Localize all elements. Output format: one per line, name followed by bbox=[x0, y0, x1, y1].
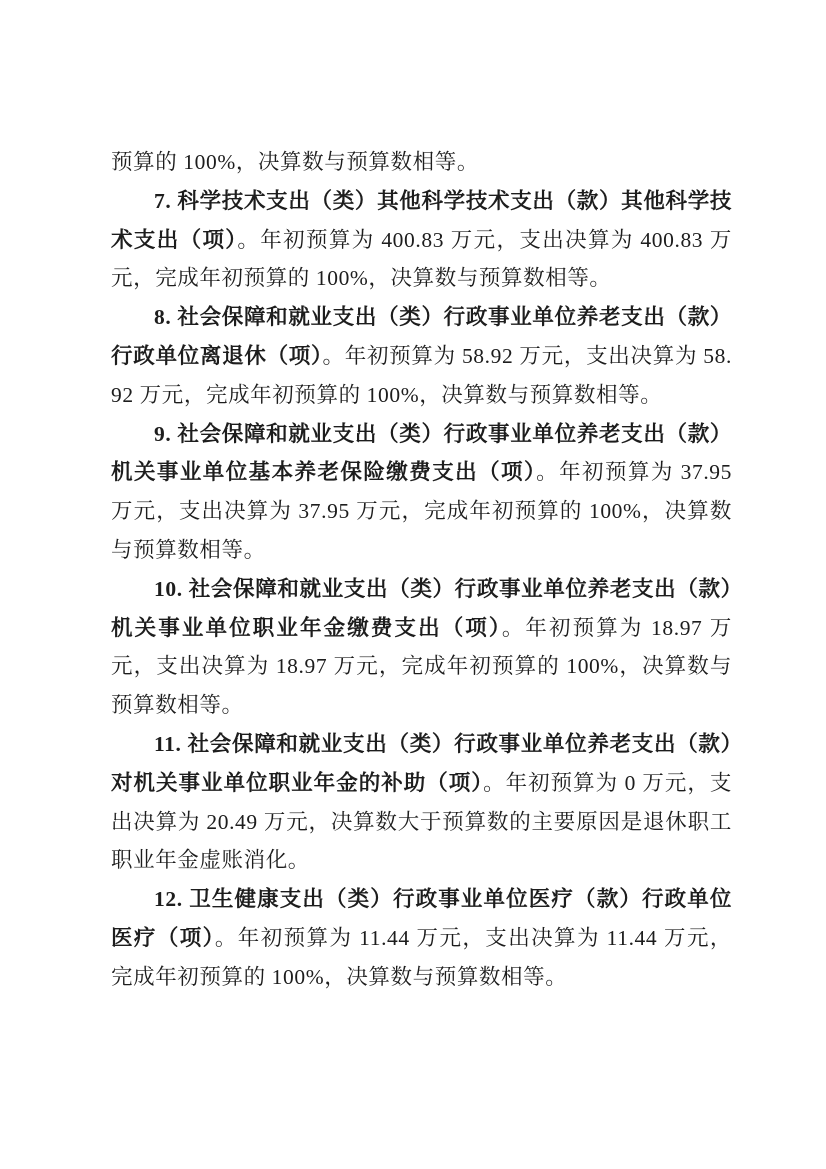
text-block: 预算的 100%，决算数与预算数相等。 7. 科学技术支出（类）其他科学技术支出… bbox=[111, 143, 732, 997]
paragraph-9: 9. 社会保障和就业支出（类）行政事业单位养老支出（款）机关事业单位基本养老保险… bbox=[111, 415, 732, 570]
paragraph-7: 7. 科学技术支出（类）其他科学技术支出（款）其他科学技术支出（项）。年初预算为… bbox=[111, 182, 732, 298]
continuation-line: 预算的 100%，决算数与预算数相等。 bbox=[111, 143, 732, 182]
document-page: 预算的 100%，决算数与预算数相等。 7. 科学技术支出（类）其他科学技术支出… bbox=[0, 0, 826, 1169]
paragraph-10: 10. 社会保障和就业支出（类）行政事业单位养老支出（款）机关事业单位职业年金缴… bbox=[111, 570, 732, 725]
paragraph-12: 12. 卫生健康支出（类）行政事业单位医疗（款）行政单位医疗（项）。年初预算为 … bbox=[111, 880, 732, 996]
paragraph-8: 8. 社会保障和就业支出（类）行政事业单位养老支出（款）行政单位离退休（项）。年… bbox=[111, 298, 732, 414]
paragraph-11: 11. 社会保障和就业支出（类）行政事业单位养老支出（款）对机关事业单位职业年金… bbox=[111, 725, 732, 880]
